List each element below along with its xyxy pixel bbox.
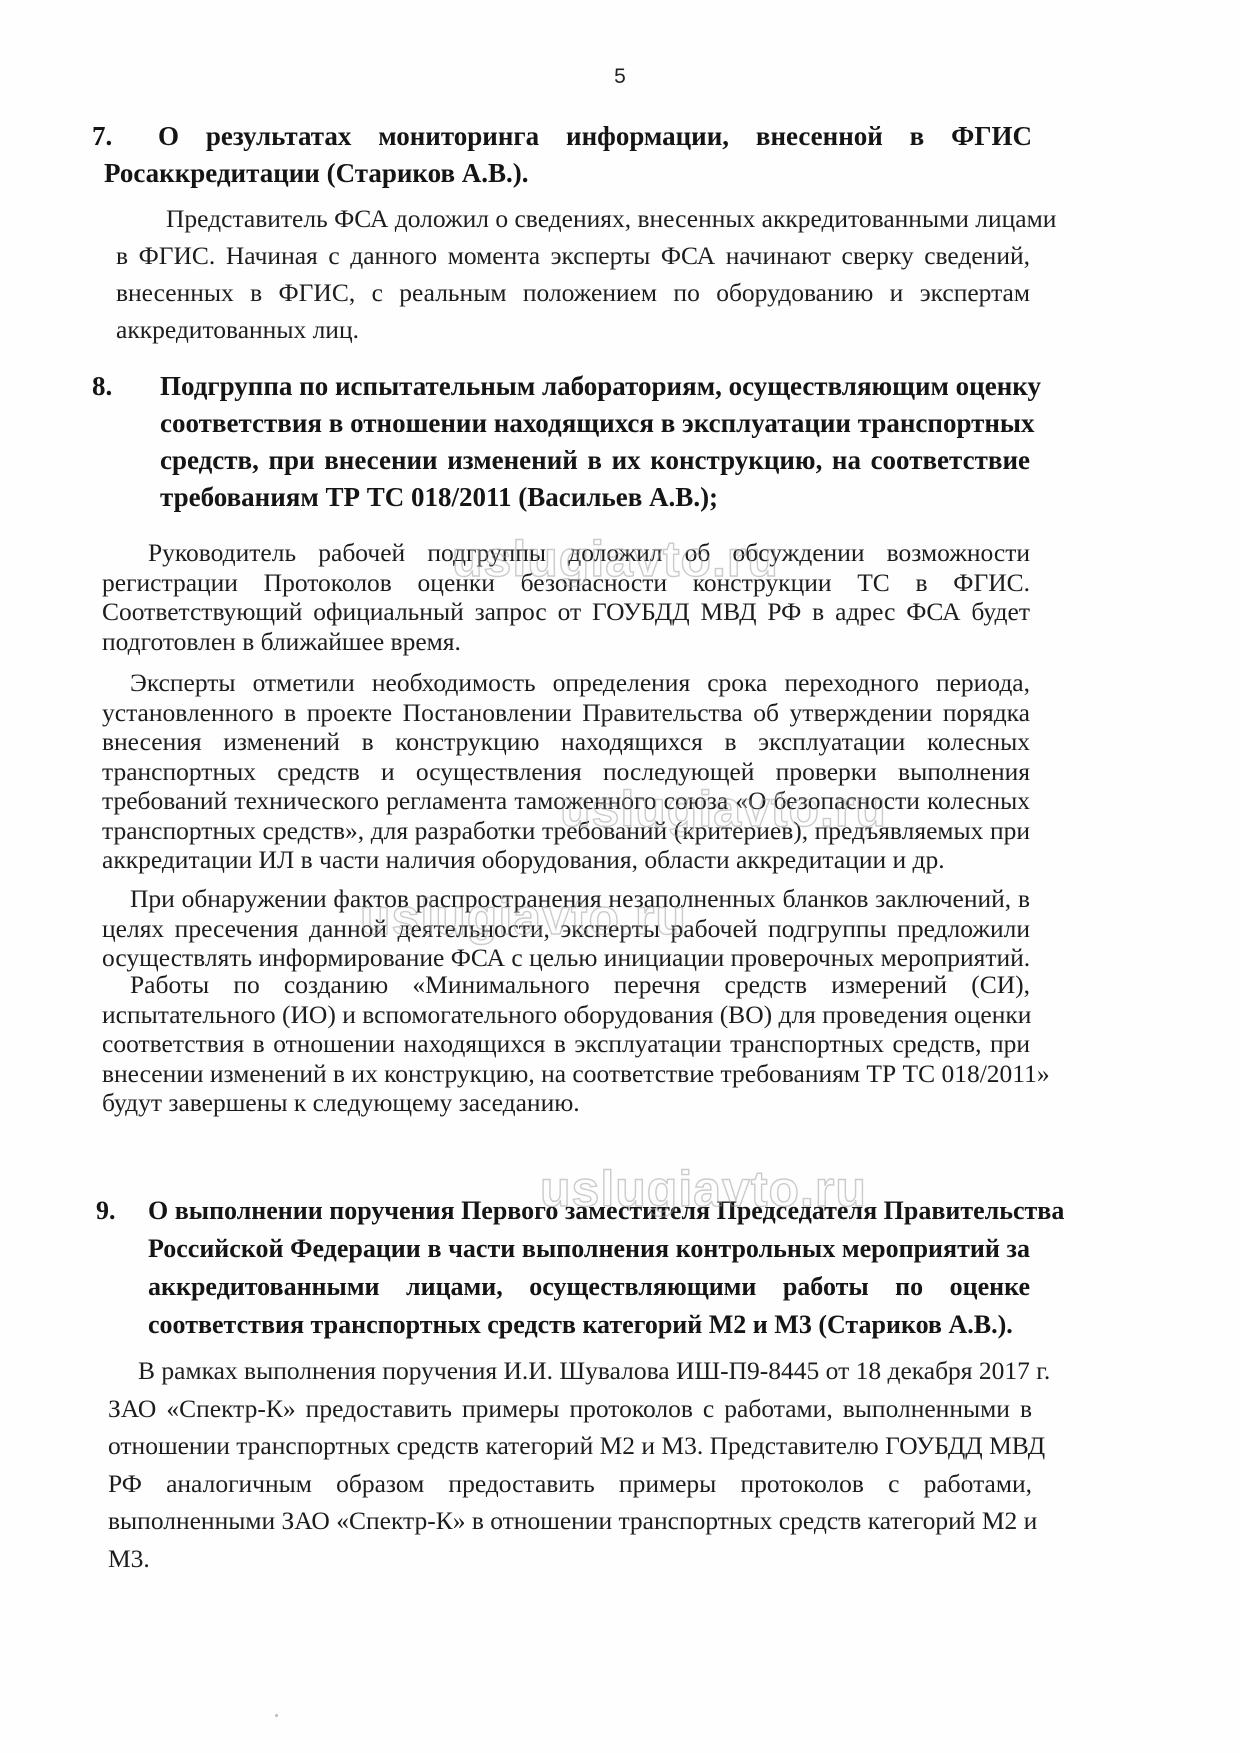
heading-line: О результатах мониторинга информации, вн… bbox=[158, 118, 1032, 155]
paragraph-line: регистрации Протоколов оценки безопаснос… bbox=[102, 568, 1030, 598]
paragraph-line: внесения изменений в конструкцию находящ… bbox=[102, 727, 1030, 757]
paragraph-line: М3. bbox=[108, 1540, 1032, 1578]
paragraph-line: Руководитель рабочей подгруппы доложил о… bbox=[148, 538, 1030, 568]
heading-line: О выполнении поручения Первого заместите… bbox=[148, 1192, 1030, 1230]
scan-speck bbox=[275, 1714, 278, 1717]
paragraph-line: подготовлен в ближайшее время. bbox=[102, 627, 1030, 657]
paragraph-line: требований технического регламента тамож… bbox=[102, 786, 1030, 816]
paragraph-line: внесенных в ФГИС, с реальным положением … bbox=[116, 274, 1030, 311]
paragraph-line: установленного в проекте Постановлении П… bbox=[102, 698, 1030, 728]
paragraph-line: Работы по созданию «Минимального перечня… bbox=[130, 970, 1030, 1000]
paragraph-line: будут завершены к следующему заседанию. bbox=[102, 1088, 1030, 1118]
section-8-paragraph-4: Работы по созданию «Минимального перечня… bbox=[102, 970, 1030, 1118]
paragraph-line: Представитель ФСА доложил о сведениях, в… bbox=[166, 200, 1030, 237]
section-8-paragraph-1: Руководитель рабочей подгруппы доложил о… bbox=[102, 538, 1030, 656]
page-number: 5 bbox=[0, 65, 1240, 89]
paragraph-line: осуществлять информирование ФСА с целью … bbox=[102, 943, 1030, 973]
paragraph-line: внесении изменений в их конструкцию, на … bbox=[102, 1059, 1030, 1089]
section-8-paragraph-2: Эксперты отметили необходимость определе… bbox=[102, 668, 1030, 875]
section-number: 9. bbox=[96, 1192, 116, 1230]
paragraph-line: аккредитации ИЛ в части наличия оборудов… bbox=[102, 845, 1030, 875]
section-number: 8. bbox=[92, 368, 112, 405]
paragraph-line: выполненными ЗАО «Спектр-К» в отношении … bbox=[108, 1502, 1032, 1540]
section-8-paragraph-3: При обнаружении фактов распространения н… bbox=[102, 884, 1030, 973]
section-9-paragraph: В рамках выполнения поручения И.И. Шувал… bbox=[108, 1352, 1032, 1577]
paragraph-line: в ФГИС. Начиная с данного момента экспер… bbox=[116, 237, 1030, 274]
paragraph-line: испытательного (ИО) и вспомогательного о… bbox=[102, 1000, 1030, 1030]
heading-line: Росаккредитации (Стариков А.В.). bbox=[104, 155, 1032, 192]
heading-line: Российской Федерации в части выполнения … bbox=[148, 1230, 1030, 1268]
document-page: 5 7. О результатах мониторинга информаци… bbox=[0, 0, 1240, 1753]
heading-line: средств, при внесении изменений в их кон… bbox=[160, 442, 1030, 479]
paragraph-line: В рамках выполнения поручения И.И. Шувал… bbox=[138, 1352, 1032, 1390]
section-number: 7. bbox=[92, 118, 112, 155]
heading-line: аккредитованными лицами, осуществляющими… bbox=[148, 1268, 1030, 1306]
paragraph-line: аккредитованных лиц. bbox=[116, 311, 1030, 348]
heading-line: Подгруппа по испытательным лабораториям,… bbox=[160, 368, 1030, 405]
paragraph-line: транспортных средств и осуществления пос… bbox=[102, 757, 1030, 787]
paragraph-line: отношении транспортных средств категорий… bbox=[108, 1427, 1032, 1465]
heading-line: требованиям ТР ТС 018/2011 (Васильев А.В… bbox=[160, 479, 1030, 516]
heading-line: соответствия транспортных средств катего… bbox=[148, 1306, 1030, 1344]
paragraph-line: РФ аналогичным образом предоставить прим… bbox=[108, 1465, 1032, 1503]
paragraph-line: соответствия в отношении находящихся в э… bbox=[102, 1029, 1030, 1059]
section-7-paragraph: Представитель ФСА доложил о сведениях, в… bbox=[116, 200, 1030, 348]
paragraph-line: целях пресечения данной деятельности, эк… bbox=[102, 914, 1030, 944]
paragraph-line: ЗАО «Спектр-К» предоставить примеры прот… bbox=[108, 1390, 1032, 1428]
paragraph-line: транспортных средств», для разработки тр… bbox=[102, 816, 1030, 846]
paragraph-line: Соответствующий официальный запрос от ГО… bbox=[102, 597, 1030, 627]
section-8-heading: 8. Подгруппа по испытательным лаборатори… bbox=[92, 368, 1030, 516]
section-7-heading: 7. О результатах мониторинга информации,… bbox=[92, 118, 1032, 192]
section-9-heading: 9. О выполнении поручения Первого замест… bbox=[96, 1192, 1030, 1344]
paragraph-line: Эксперты отметили необходимость определе… bbox=[130, 668, 1030, 698]
paragraph-line: При обнаружении фактов распространения н… bbox=[130, 884, 1030, 914]
heading-line: соответствия в отношении находящихся в э… bbox=[160, 405, 1030, 442]
